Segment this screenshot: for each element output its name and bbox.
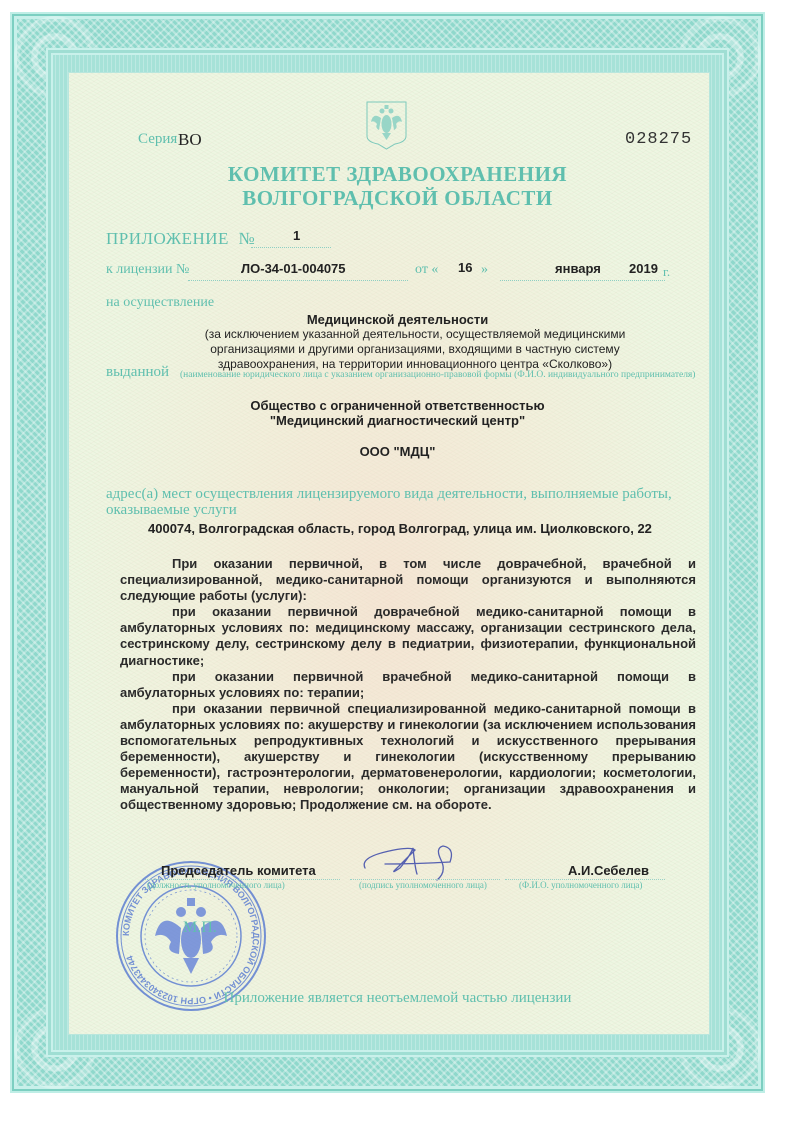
appendix-number-line [251,247,331,248]
organization-full-name: Общество с ограниченной ответственностью [0,398,795,413]
address: 400074, Волгоградская область, город Вол… [148,521,652,536]
license-label: к лицензии № [106,262,189,278]
services-paragraph: При оказании первичной, в том числе довр… [120,556,696,604]
appendix-label: ПРИЛОЖЕНИЕ № [106,229,255,249]
organization-full-name-quoted: "Медицинский диагностический центр" [0,413,795,428]
activity-note: (за исключением указанной деятельности, … [195,327,635,372]
services-paragraph: при оказании первичной специализированно… [120,701,696,814]
series-label: Серия [138,131,177,148]
activity-title: Медицинской деятельности [0,312,795,327]
date-year: 2019 [629,261,658,276]
address-label: адрес(а) мест осуществления лицензируемо… [106,486,686,518]
appendix-number: 1 [293,228,300,243]
organization-short-name: ООО "МДЦ" [0,444,795,459]
issuer-title-region: ВОЛГОГРАДСКОЙ ОБЛАСТИ [0,186,795,211]
footer-note: Приложение является неотъемлемой частью … [0,990,795,1007]
stamp-place-mark: М.П. [183,919,217,937]
date-from-label: от « [415,262,438,278]
series-value: ВО [178,130,202,150]
services-paragraph: при оказании первичной доврачебной медик… [120,604,696,668]
position-caption: (должность уполномоченного лица) [147,880,285,890]
issued-caption: (наименование юридического лица с указан… [180,367,720,384]
services-text: При оказании первичной, в том числе довр… [120,556,696,814]
issued-label: выданной [106,364,169,381]
coat-of-arms-icon [365,100,408,150]
issuer-title: КОМИТЕТ ЗДРАВООХРАНЕНИЯ [0,162,795,187]
handwritten-signature-icon [355,838,475,883]
date-day: 16 [458,260,472,275]
date-year-suffix: г. [663,264,670,280]
signatory-position: Председатель комитета [161,863,316,878]
name-caption: (Ф.И.О. уполномоченного лица) [519,880,642,890]
date-quote-close: » [481,262,488,278]
license-number: ЛО-34-01-004075 [241,261,346,276]
blank-number: 028275 [625,130,692,149]
license-number-line [188,280,408,281]
services-paragraph: при оказании первичной врачебной медико-… [120,669,696,701]
signatory-name: А.И.Себелев [568,863,649,878]
date-month: января [555,261,601,276]
date-line [500,280,665,281]
activity-label: на осуществление [106,295,214,311]
signature-caption: (подпись уполномоченного лица) [359,880,487,890]
